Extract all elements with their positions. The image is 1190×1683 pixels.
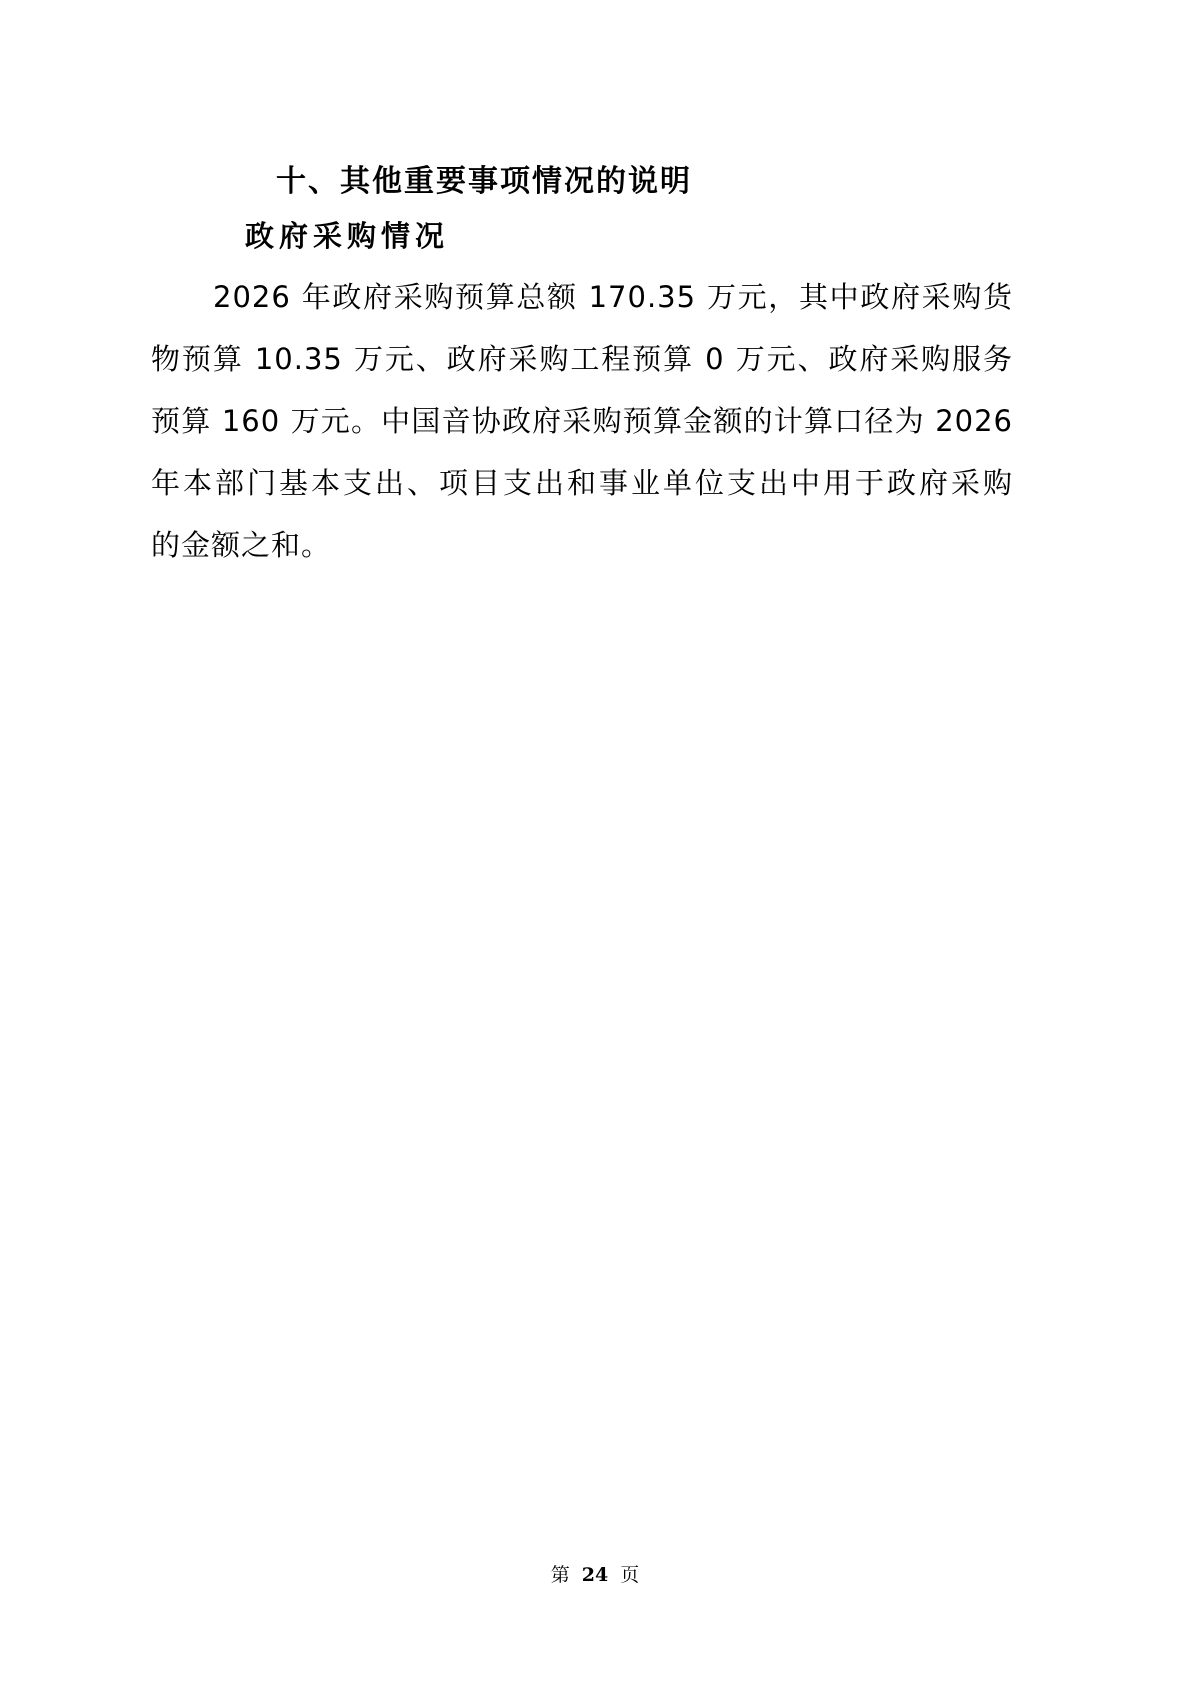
body-paragraph: 2026 年政府采购预算总额 170.35 万元，其中政府采购货 物预算 10.… — [151, 266, 1013, 576]
document-page: 十、其他重要事项情况的说明 政府采购情况 2026 年政府采购预算总额 170.… — [0, 0, 1190, 1683]
footer-prefix: 第 — [551, 1564, 570, 1586]
paragraph-line: 的金额之和。 — [151, 514, 1013, 576]
page-number: 24 — [582, 1564, 608, 1586]
paragraph-line: 2026 年政府采购预算总额 170.35 万元，其中政府采购货 — [151, 266, 1013, 328]
paragraph-line: 物预算 10.35 万元、政府采购工程预算 0 万元、政府采购服务 — [151, 328, 1013, 390]
paragraph-line: 预算 160 万元。中国音协政府采购预算金额的计算口径为 2026 — [151, 390, 1013, 452]
paragraph-line: 年本部门基本支出、项目支出和事业单位支出中用于政府采购 — [151, 452, 1013, 514]
footer-suffix: 页 — [620, 1564, 639, 1586]
section-subheading: 政府采购情况 — [245, 214, 449, 255]
page-footer: 第24页 — [0, 1560, 1190, 1587]
section-heading: 十、其他重要事项情况的说明 — [276, 156, 692, 200]
